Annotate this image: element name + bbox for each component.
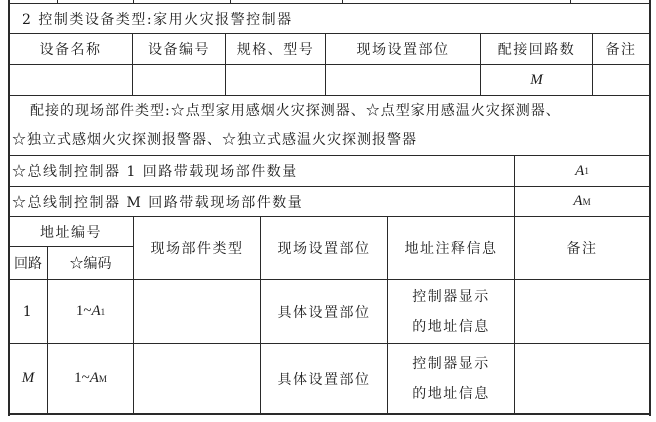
loop-1-count-value: A1 xyxy=(515,156,649,186)
header-device-name: 设备名称 xyxy=(9,34,132,64)
row1-loop: 1 xyxy=(9,280,47,343)
rowm-remark-field[interactable] xyxy=(515,344,649,413)
component-types-line-2: ☆独立式感烟火灾探测报警器、☆独立式感温火灾探测报警器 xyxy=(12,125,417,155)
row1-component-type-field[interactable] xyxy=(134,280,260,343)
header-model: 规格、型号 xyxy=(226,34,325,64)
rowm-component-type-field[interactable] xyxy=(134,344,260,413)
row1-address-note: 控制器显示 的地址信息 xyxy=(388,280,514,343)
value-main: A xyxy=(573,193,582,210)
loop-m-count-label: ☆总线制控制器 M 回路带载现场部件数量 xyxy=(12,187,512,216)
code-sub: M xyxy=(99,374,107,384)
header-loop: 回路 xyxy=(9,247,47,279)
device-number-field[interactable] xyxy=(133,65,225,95)
header-device-number: 设备编号 xyxy=(133,34,225,64)
table-border-right xyxy=(649,0,651,416)
device-model-field[interactable] xyxy=(226,65,325,95)
row1-code: 1~A1 xyxy=(48,280,133,343)
note-line-2: 的地址信息 xyxy=(412,379,490,409)
value-main: A xyxy=(575,163,584,180)
code-main: A xyxy=(91,303,100,320)
note-line-1: 控制器显示 xyxy=(412,349,490,379)
loop-1-count-label: ☆总线制控制器 1 回路带载现场部件数量 xyxy=(12,156,512,186)
rowm-address-note: 控制器显示 的地址信息 xyxy=(388,344,514,413)
header-remark-bottom: 备注 xyxy=(515,217,649,279)
header-address-number: 地址编号 xyxy=(9,217,133,246)
header-loop-count: 配接回路数 xyxy=(481,34,592,64)
header-location: 现场设置部位 xyxy=(326,34,480,64)
note-line-2: 的地址信息 xyxy=(412,312,490,342)
rowm-loop: M xyxy=(9,344,47,413)
device-name-field[interactable] xyxy=(9,65,132,95)
table-border-bottom xyxy=(8,413,651,415)
code-sub: 1 xyxy=(101,307,106,317)
row1-location: 具体设置部位 xyxy=(261,280,387,343)
loop-m-count-value: AM xyxy=(515,187,649,216)
device-location-field[interactable] xyxy=(326,65,480,95)
device-remark-field[interactable] xyxy=(593,65,649,95)
component-types-line-1: 配接的现场部件类型:☆点型家用感烟火灾探测器、☆点型家用感温火灾探测器、 xyxy=(30,96,561,126)
header-address-note: 地址注释信息 xyxy=(388,217,514,279)
header-component-type: 现场部件类型 xyxy=(134,217,260,279)
header-code: ☆编码 xyxy=(48,247,133,279)
row1-remark-field[interactable] xyxy=(515,280,649,343)
rowm-code: 1~AM xyxy=(48,344,133,413)
section-title: 2 控制类设备类型:家用火灾报警控制器 xyxy=(22,4,622,33)
note-line-1: 控制器显示 xyxy=(412,282,490,312)
header-remark: 备注 xyxy=(593,34,649,64)
header-install-location: 现场设置部位 xyxy=(261,217,387,279)
code-prefix: 1~ xyxy=(74,370,90,387)
rowm-location: 具体设置部位 xyxy=(261,344,387,413)
value-sub: 1 xyxy=(584,166,589,176)
code-main: A xyxy=(90,370,99,387)
form-table: 2 控制类设备类型:家用火灾报警控制器 设备名称 设备编号 规格、型号 现场设置… xyxy=(0,0,656,422)
code-prefix: 1~ xyxy=(76,303,92,320)
value-sub: M xyxy=(583,197,591,207)
device-loop-count-value: M xyxy=(481,65,592,95)
